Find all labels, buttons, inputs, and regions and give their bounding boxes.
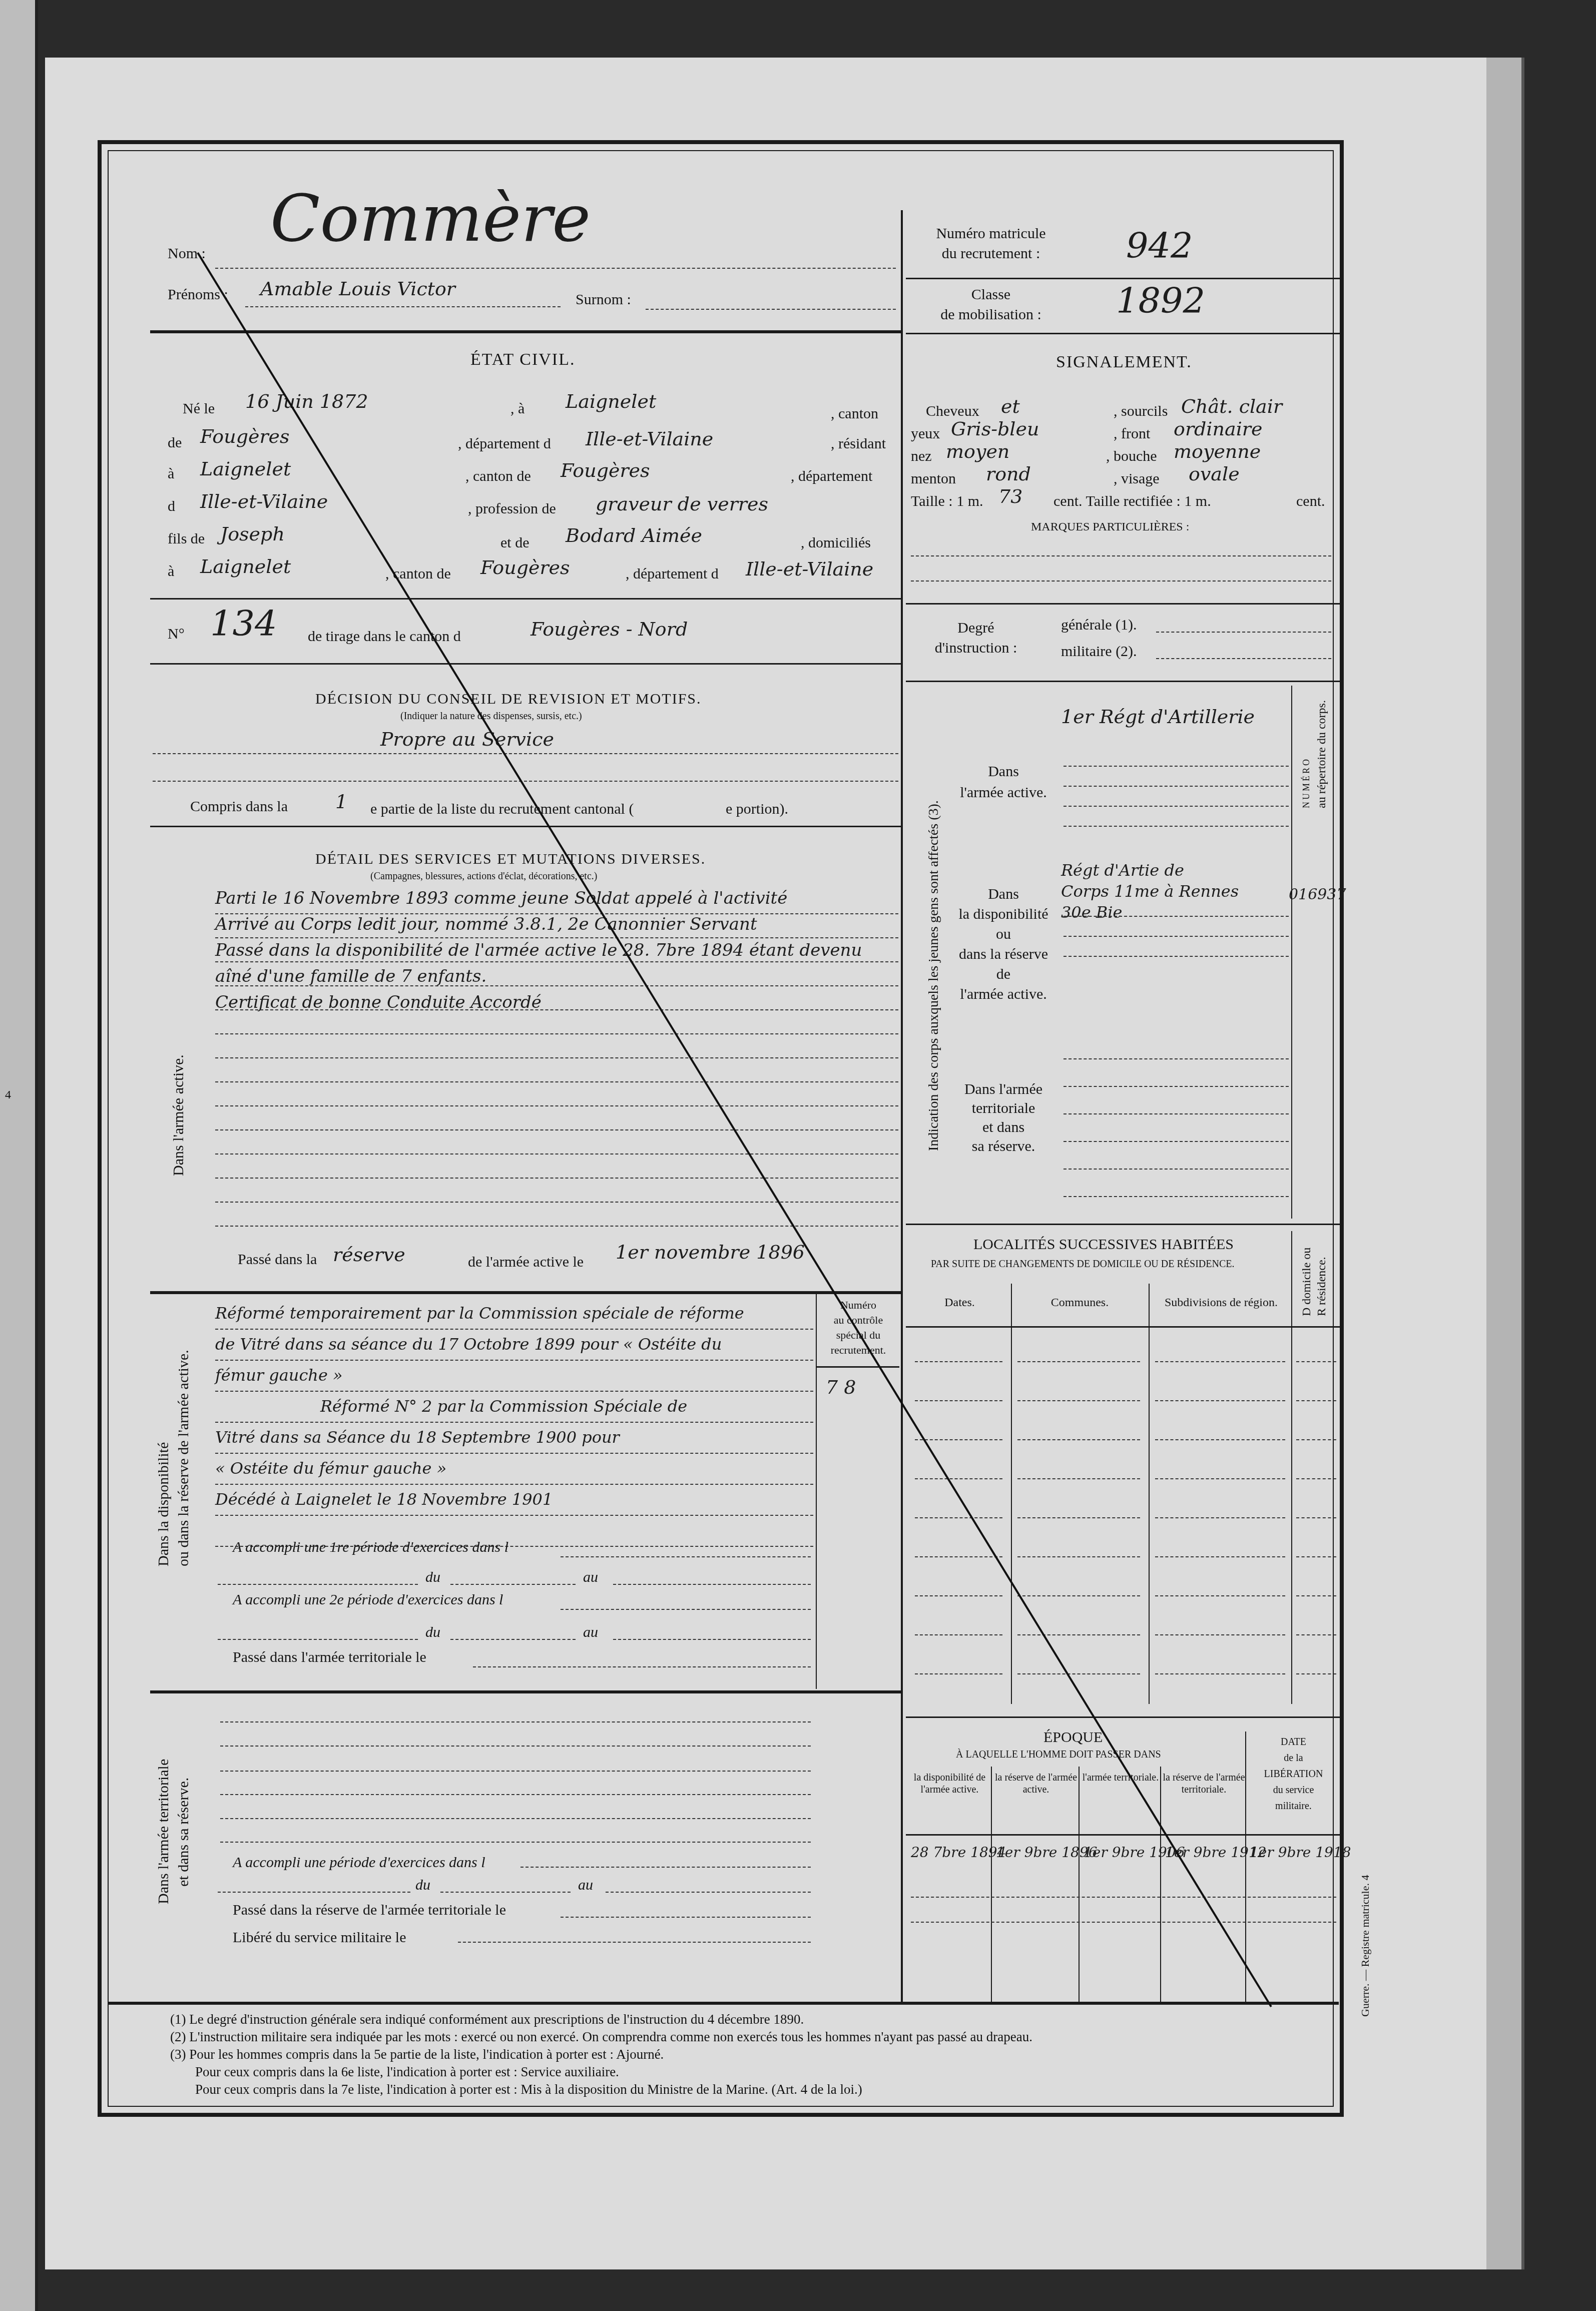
cancellation-stroke [0,0,1596,2311]
